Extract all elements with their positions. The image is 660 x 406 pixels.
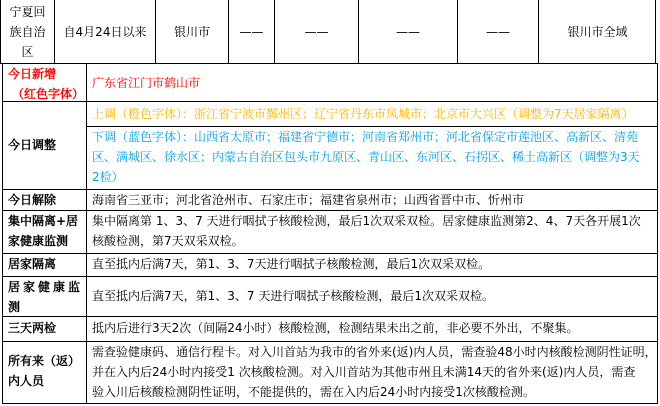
high-risk-area: 银川市 bbox=[156, 22, 228, 42]
scope-area: 银川市全域 bbox=[539, 22, 656, 42]
new-today-label: 今日新增 （红色字体） bbox=[8, 64, 84, 104]
adjust-up-content: 上调（橙色字体）：浙江省宁波市鄞州区；辽宁省丹东市凤城市；北京市大兴区（调整为7… bbox=[92, 104, 634, 124]
lifted-today-label: 今日解除 bbox=[8, 190, 56, 210]
adjust-today-label: 今日调整 bbox=[8, 135, 56, 155]
central-quarantine-content: 集中隔离第 1、3、7 天进行咽拭子核酸检测，最后1次双采双检。居家健康监测第2… bbox=[92, 211, 641, 251]
central-quarantine-label: 集中隔离+居 家健康监测 bbox=[8, 211, 78, 251]
region-name: 宁夏回 族自治 区 bbox=[1, 2, 54, 62]
new-today-content: 广东省江门市鹤山市 bbox=[92, 73, 200, 93]
empty-cell-5: —— bbox=[275, 22, 358, 42]
all-arrivals-label: 所有来（返） 内人员 bbox=[8, 351, 80, 391]
all-arrivals-content: 需查验健康码、通信行程卡。对入川首站为我市的省外来(返)内人员，需查验48小时内… bbox=[92, 342, 657, 402]
lifted-today-content: 海南省三亚市；河北省沧州市、石家庄市；福建省泉州市；山西省晋中市、忻州市 bbox=[92, 190, 524, 210]
empty-cell-4: —— bbox=[229, 22, 274, 42]
adjust-down-content: 下调（蓝色字体）：山西省太原市；福建省宁德市；河南省郑州市；河北省保定市莲池区、… bbox=[92, 127, 640, 187]
home-monitoring-content: 直至抵内后满7天，第1、3、7 天进行咽拭子核酸检测，最后1次双采双检。 bbox=[92, 286, 494, 306]
three-day-two-tests-label: 三天两检 bbox=[8, 318, 56, 338]
home-monitoring-label: 居家健康监 测 bbox=[8, 277, 83, 317]
home-quarantine-content: 直至抵内后满7天，第1、3、7天进行咽拭子核酸检测，最后1次双采双检。 bbox=[92, 254, 490, 274]
empty-cell-7: —— bbox=[458, 22, 538, 42]
empty-cell-6: —— bbox=[359, 22, 457, 42]
home-quarantine-label: 居家隔离 bbox=[8, 254, 56, 274]
three-day-two-tests-content: 抵内后进行3天2次（间隔24小时）核酸检测，检测结果未出之前，非必要不外出，不聚… bbox=[92, 318, 579, 338]
since-date: 自4月24日以来 bbox=[55, 22, 155, 42]
